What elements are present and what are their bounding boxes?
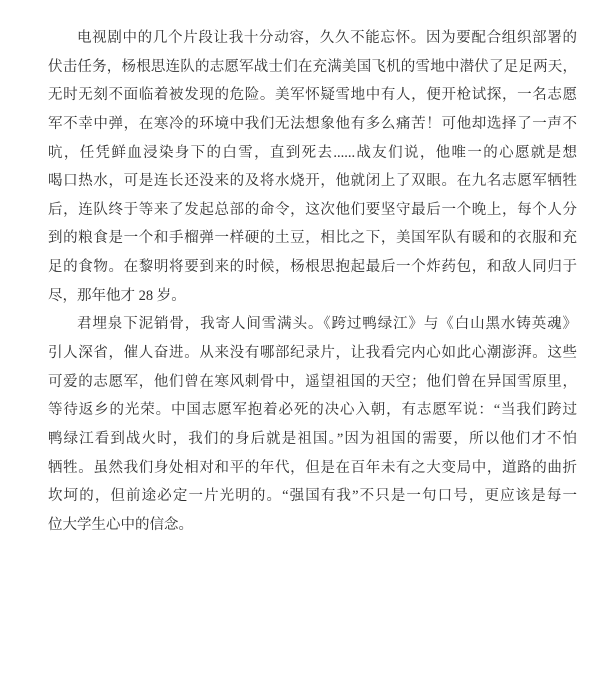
- text-line: 君埋泉下泥销骨，我寄人间雪满头。《跨过鸭绿江》与《白山黑水铸英魂》: [48, 310, 577, 339]
- text-line: 电视剧中的几个片段让我十分动容，久久不能忘怀。因为要配合组织部署的: [48, 24, 577, 53]
- text-line: 坎坷的，但前途必定一片光明的。“强国有我”不只是一句口号，更应该是每一: [48, 482, 577, 511]
- text-line: 到的粮食是一个和手榴弹一样硬的土豆，相比之下，美国军队有暖和的衣服和充: [48, 224, 577, 253]
- text-line: 伏击任务，杨根思连队的志愿军战士们在充满美国飞机的雪地中潜伏了足足两天，: [48, 53, 577, 82]
- text-line: 可爱的志愿军，他们曾在寒风刺骨中，遥望祖国的天空；他们曾在异国雪原里，: [48, 368, 577, 397]
- paragraph-2: 君埋泉下泥销骨，我寄人间雪满头。《跨过鸭绿江》与《白山黑水铸英魂》 引人深省，催…: [48, 310, 577, 539]
- text-line: 无时无刻不面临着被发现的危险。美军怀疑雪地中有人，便开枪试探，一名志愿: [48, 81, 577, 110]
- paragraph-1: 电视剧中的几个片段让我十分动容，久久不能忘怀。因为要配合组织部署的 伏击任务，杨…: [48, 24, 577, 310]
- text-line: 后，连队终于等来了发起总部的命令，这次他们要坚守最后一个晚上，每个人分: [48, 196, 577, 225]
- text-line: 吭，任凭鲜血浸染身下的白雪，直到死去......战友们说，他唯一的心愿就是想: [48, 139, 577, 168]
- text-line: 尽，那年他才 28 岁。: [48, 282, 577, 311]
- text-line: 引人深省，催人奋进。从来没有哪部纪录片，让我看完内心如此心潮澎湃。这些: [48, 339, 577, 368]
- text-line: 喝口热水，可是连长还没来的及将水烧开，他就闭上了双眼。在九名志愿军牺牲: [48, 167, 577, 196]
- document-page: 电视剧中的几个片段让我十分动容，久久不能忘怀。因为要配合组织部署的 伏击任务，杨…: [0, 0, 605, 679]
- text-line: 军不幸中弹，在寒冷的环境中我们无法想象他有多么痛苦！可他却选择了一声不: [48, 110, 577, 139]
- text-line: 等待返乡的光荣。中国志愿军抱着必死的决心入朝，有志愿军说：“当我们跨过: [48, 396, 577, 425]
- text-line: 位大学生心中的信念。: [48, 511, 577, 540]
- text-line: 鸭绿江看到战火时，我们的身后就是祖国。”因为祖国的需要，所以他们才不怕: [48, 425, 577, 454]
- text-line: 牺牲。虽然我们身处相对和平的年代，但是在百年未有之大变局中，道路的曲折: [48, 454, 577, 483]
- text-line: 足的食物。在黎明将要到来的时候，杨根思抱起最后一个炸药包，和敌人同归于: [48, 253, 577, 282]
